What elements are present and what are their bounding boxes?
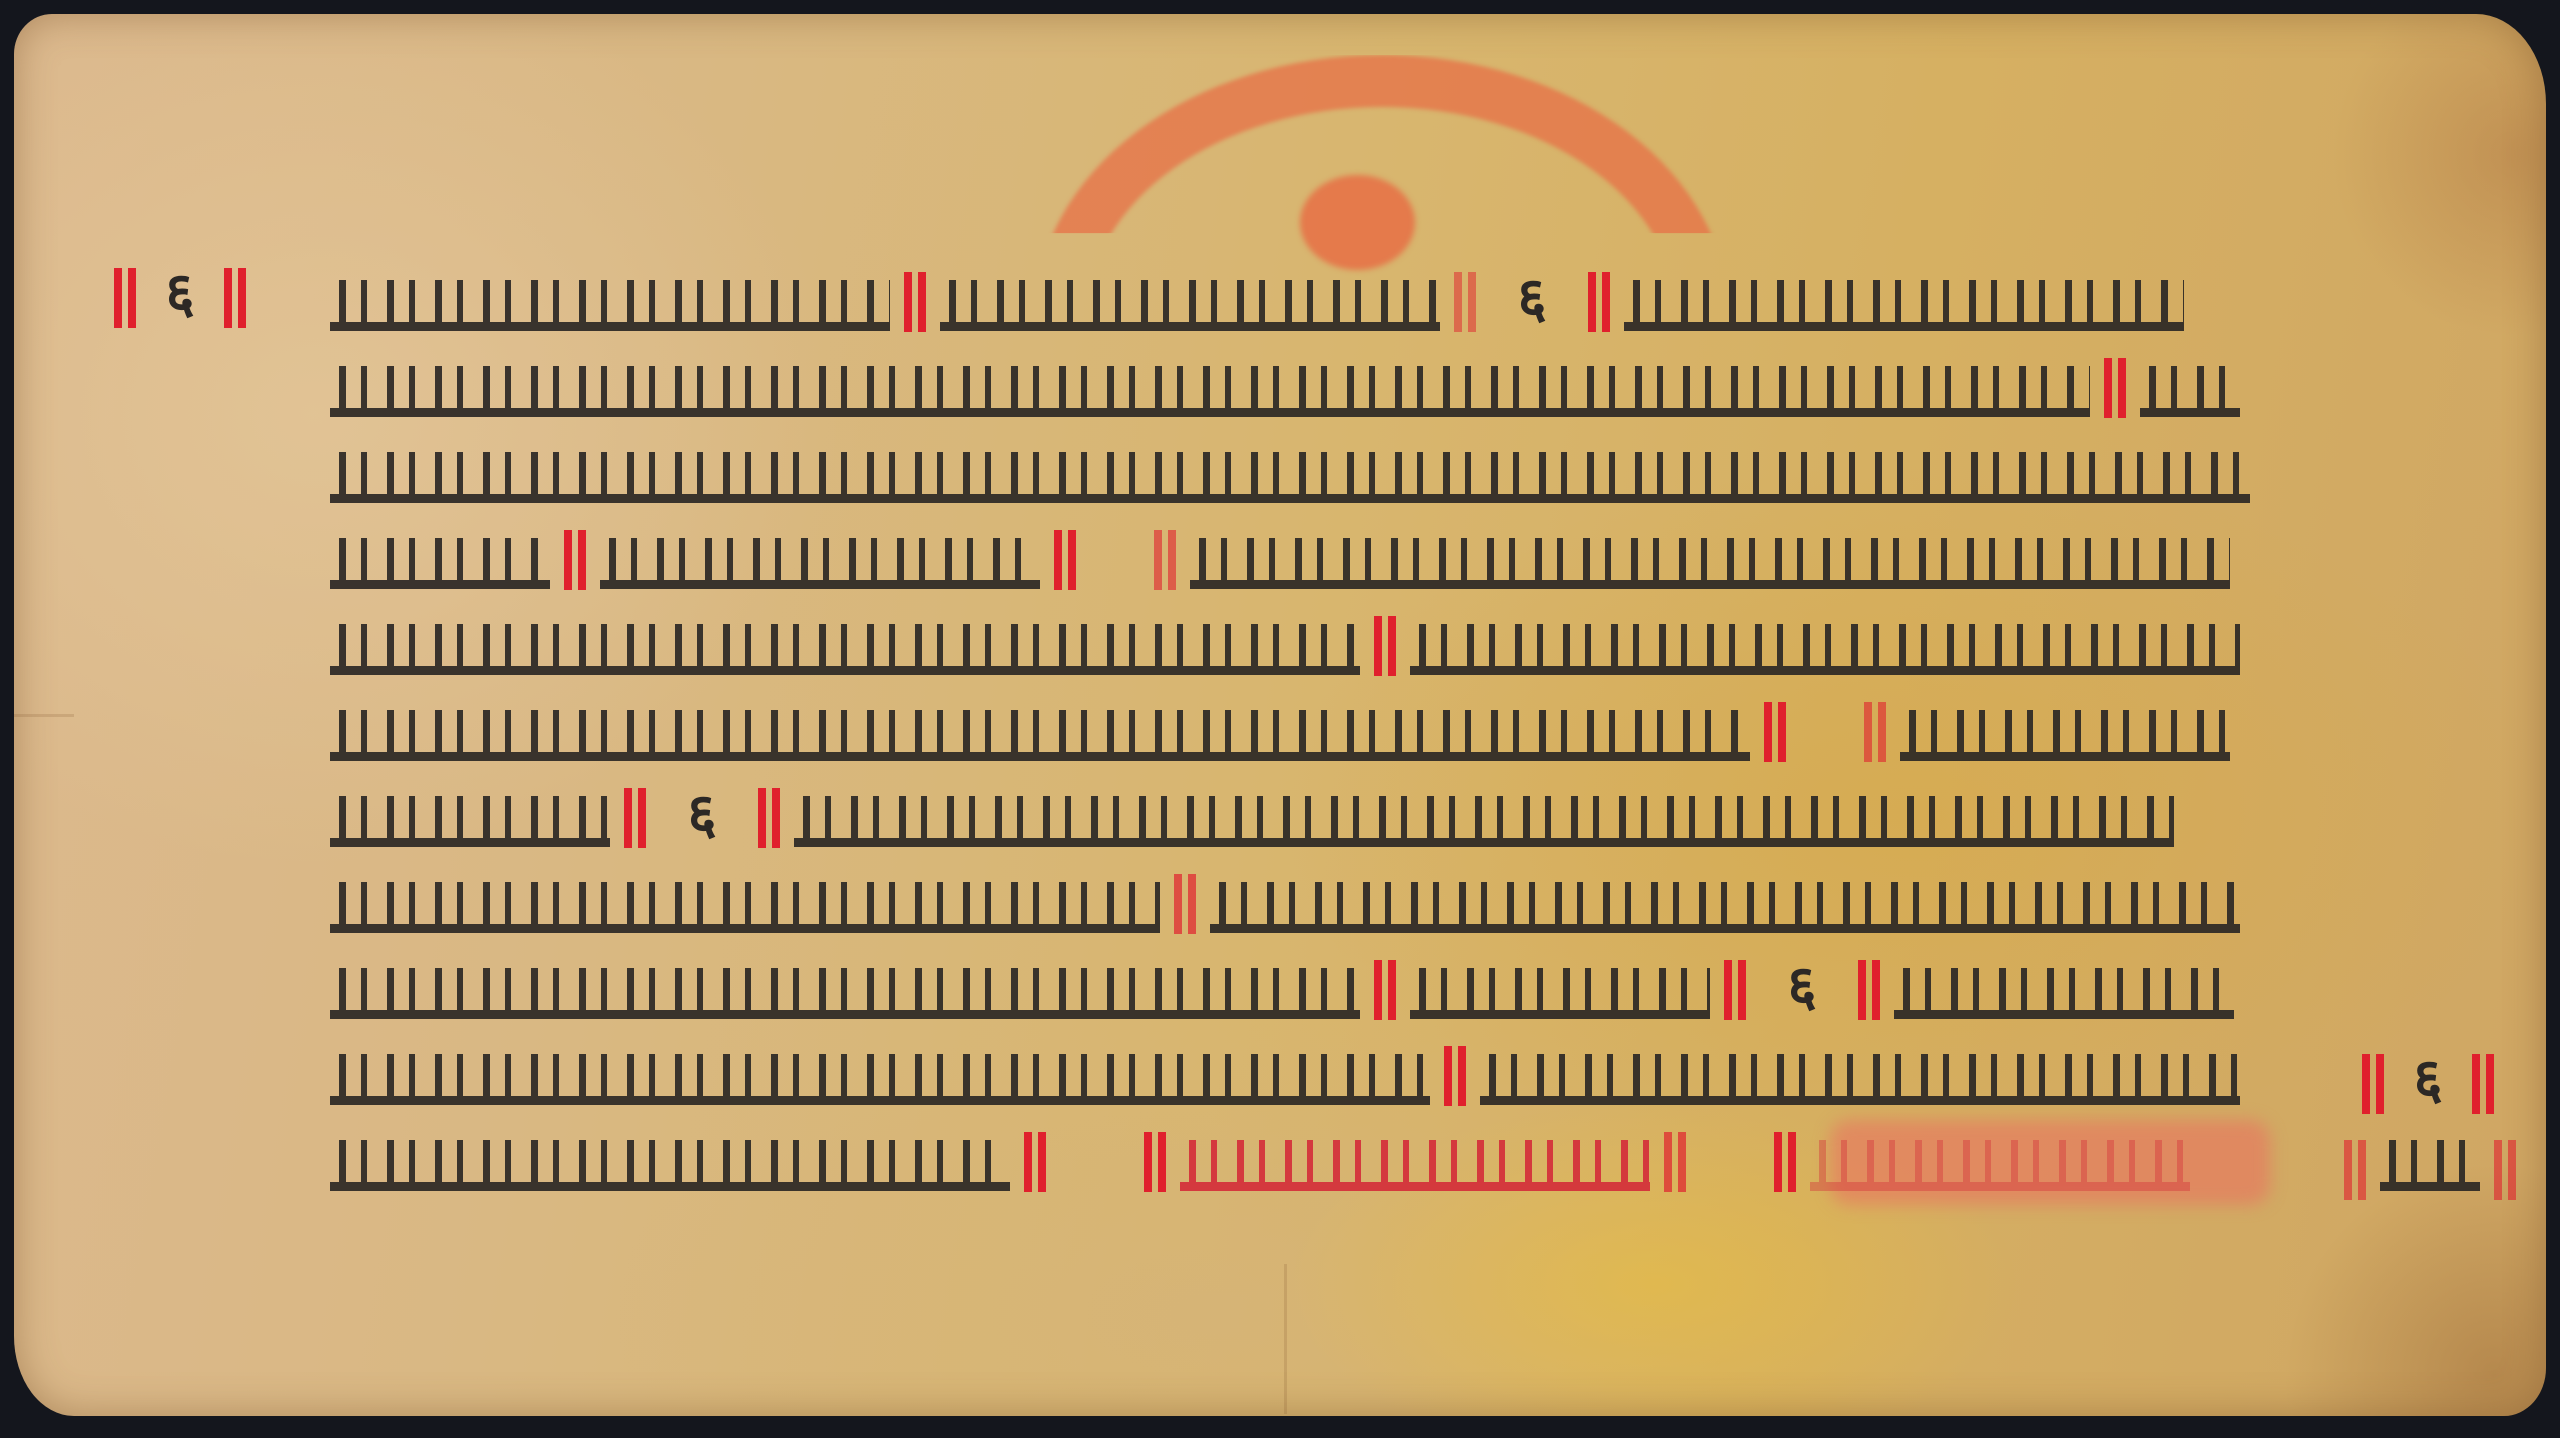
text-line: [illegible script] bbox=[330, 864, 2260, 950]
folio-numeral: ६ bbox=[2408, 1049, 2448, 1109]
red-double-danda bbox=[1858, 702, 1892, 762]
red-double-danda bbox=[1658, 1132, 1692, 1192]
red-double-danda bbox=[2098, 358, 2132, 418]
red-double-danda bbox=[618, 788, 652, 848]
vermilion-dot-mark bbox=[1300, 175, 1415, 270]
ink-text-run bbox=[1900, 710, 2230, 761]
red-double-danda bbox=[108, 268, 142, 328]
text-line: [illegible script] ६ bbox=[330, 262, 2260, 348]
text-line: [illegible script] ॥ [rubric in red ink]… bbox=[330, 1122, 2260, 1208]
red-double-danda bbox=[898, 272, 932, 332]
text-line: [illegible script] bbox=[330, 606, 2260, 692]
text-line: [illegible script] bbox=[330, 1036, 2260, 1122]
ink-text-run bbox=[600, 538, 1040, 589]
red-double-danda bbox=[1138, 1132, 1172, 1192]
red-double-danda bbox=[1018, 1132, 1052, 1192]
ink-text-run bbox=[330, 452, 2250, 503]
ink-text-run bbox=[330, 882, 1160, 933]
ink-text-run bbox=[1624, 280, 2184, 331]
ink-text-run bbox=[940, 280, 1440, 331]
ink-text-run bbox=[330, 280, 890, 331]
manuscript-text-block: [illegible script] ६ [illegible script] … bbox=[330, 262, 2260, 1208]
red-double-danda bbox=[1718, 960, 1752, 1020]
ink-text-run bbox=[1480, 1054, 2240, 1105]
ink-ligature bbox=[2380, 1140, 2480, 1191]
ink-text-run bbox=[1210, 882, 2240, 933]
folio-numeral: ६ bbox=[160, 263, 200, 323]
ink-text-run bbox=[330, 538, 550, 589]
paper-crack bbox=[14, 714, 74, 717]
red-double-danda bbox=[2466, 1054, 2500, 1114]
ink-text-run bbox=[1410, 624, 2240, 675]
text-line: [illegible script] ६ bbox=[330, 950, 2260, 1036]
red-double-danda bbox=[1758, 702, 1792, 762]
red-double-danda bbox=[1852, 960, 1886, 1020]
red-double-danda bbox=[1582, 272, 1616, 332]
text-line: [illegible script] bbox=[330, 692, 2260, 778]
scan-stage: ६ ॥ ६ ॥ ६ ॥ ६ ॥ ॥ श्री ॥ [illegible scri… bbox=[0, 0, 2560, 1438]
red-double-danda bbox=[752, 788, 786, 848]
ink-text-run bbox=[1190, 538, 2230, 589]
ink-text-run bbox=[330, 968, 1360, 1019]
verse-numeral: ६ bbox=[1512, 268, 1552, 328]
ink-text-run bbox=[330, 796, 610, 847]
text-line: [illegible script] bbox=[330, 520, 2260, 606]
red-double-danda bbox=[2338, 1140, 2372, 1200]
ink-text-run bbox=[330, 366, 2090, 417]
red-double-danda bbox=[1148, 530, 1182, 590]
left-folio-number-mark: ६ ॥ ६ ॥ bbox=[100, 258, 260, 328]
text-line: [illegible script] bbox=[330, 348, 2260, 434]
red-double-danda bbox=[2356, 1054, 2390, 1114]
ink-text-run bbox=[1894, 968, 2234, 1019]
right-folio-number-mark: ६ ॥ ६ ॥ bbox=[2348, 1044, 2508, 1114]
red-double-danda bbox=[1448, 272, 1482, 332]
ink-text-run bbox=[330, 1054, 1430, 1105]
red-double-danda bbox=[1368, 616, 1402, 676]
verse-numeral: ६ bbox=[1782, 956, 1822, 1016]
ink-text-run bbox=[794, 796, 2174, 847]
red-double-danda bbox=[1438, 1046, 1472, 1106]
red-rubric-text bbox=[1180, 1140, 1650, 1191]
paper-crease bbox=[1284, 1264, 1287, 1414]
text-line: [illegible script] bbox=[330, 434, 2260, 520]
red-double-danda bbox=[1768, 1132, 1802, 1192]
ink-text-run bbox=[330, 624, 1360, 675]
red-double-danda bbox=[218, 268, 252, 328]
red-double-danda bbox=[1048, 530, 1082, 590]
ink-text-run bbox=[330, 710, 1750, 761]
ink-text-run bbox=[330, 1140, 1010, 1191]
red-double-danda bbox=[1168, 874, 1202, 934]
red-double-danda bbox=[558, 530, 592, 590]
verse-numeral: ६ bbox=[682, 784, 722, 844]
faded-red-rubric-text bbox=[1810, 1140, 2190, 1191]
ink-text-run bbox=[2140, 366, 2240, 417]
right-lower-mark: ॥ श्री ॥ bbox=[2330, 1130, 2530, 1200]
text-line: [illegible script] ६ bbox=[330, 778, 2260, 864]
red-double-danda bbox=[1368, 960, 1402, 1020]
ink-text-run bbox=[1410, 968, 1710, 1019]
red-double-danda bbox=[2488, 1140, 2522, 1200]
